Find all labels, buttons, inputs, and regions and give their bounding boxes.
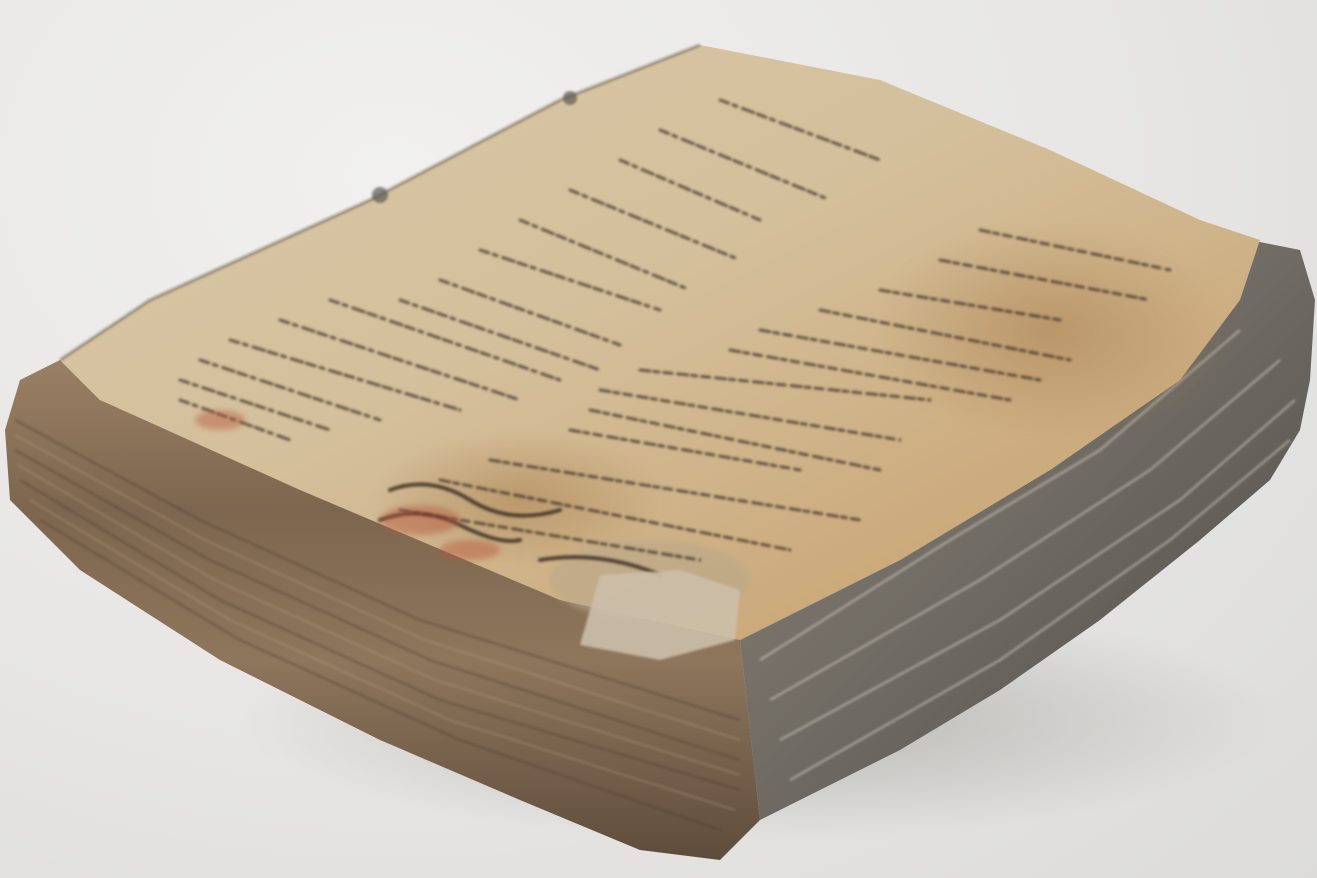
photo-scene: Old handwritten book (manuscript) lying … [0, 0, 1317, 878]
book-illustration [0, 0, 1317, 878]
